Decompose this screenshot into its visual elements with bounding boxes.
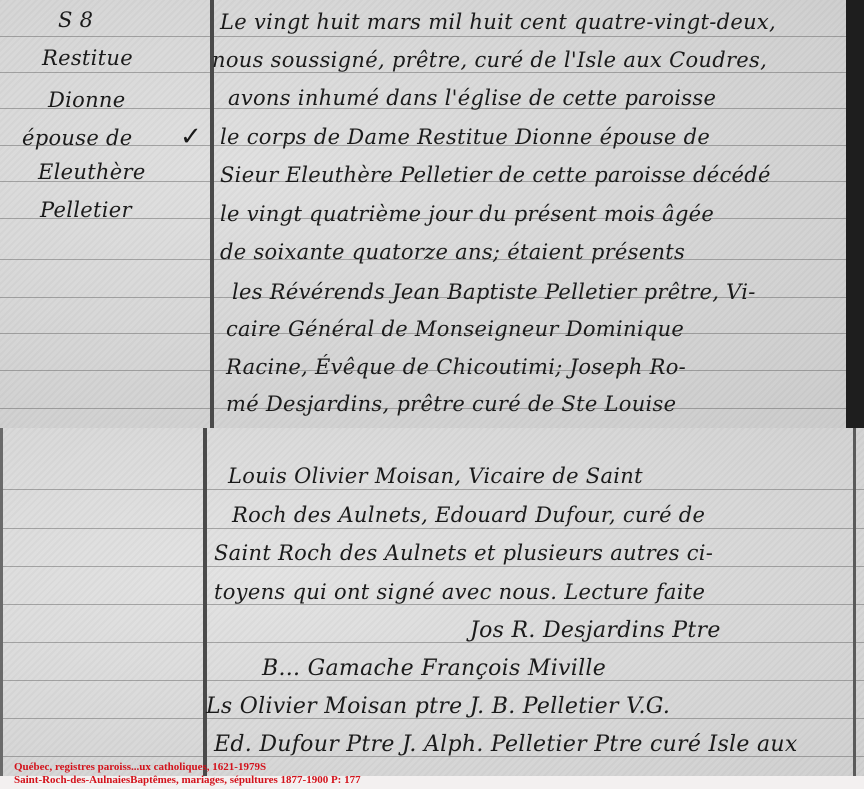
record-line: Sieur Eleuthère Pelletier de cette paroi… <box>220 163 771 187</box>
check-mark-icon: ✓ <box>180 122 202 152</box>
record-line: toyens qui ont signé avec nous. Lecture … <box>214 580 705 604</box>
record-line: Louis Olivier Moisan, Vicaire de Saint <box>228 464 643 488</box>
margin-name-line: épouse de <box>22 126 133 150</box>
record-line: Racine, Évêque de Chicoutimi; Joseph Ro- <box>226 355 686 379</box>
margin-column-rule <box>203 428 207 789</box>
ruled-line <box>0 36 864 37</box>
signature-dufour-pelletier: Ed. Dufour Ptre J. Alph. Pelletier Ptre … <box>214 732 798 757</box>
register-scan-top: S 8 Restitue Dionne épouse de ✓ Eleuthèr… <box>0 0 864 428</box>
caption-volume: Saint-Roch-des-AulnaiesBaptêmes, mariage… <box>14 774 361 787</box>
record-line: Roch des Aulnets, Edouard Dufour, curé d… <box>232 503 705 527</box>
ruled-line <box>0 566 864 567</box>
margin-name-line: Eleuthère <box>38 160 146 184</box>
record-line: mé Desjardins, prêtre curé de Ste Louise <box>226 392 676 416</box>
record-line: Saint Roch des Aulnets et plusieurs autr… <box>214 541 713 565</box>
ruled-line <box>0 528 864 529</box>
signature-moisan-pelletier: Ls Olivier Moisan ptre J. B. Pelletier V… <box>206 694 670 719</box>
signature-desjardins: Jos R. Desjardins Ptre <box>470 618 721 643</box>
margin-name-line: Pelletier <box>40 198 132 222</box>
record-line: de soixante quatorze ans; étaient présen… <box>220 240 685 264</box>
right-page-rule <box>853 428 856 789</box>
margin-name-line: Restitue <box>42 46 133 70</box>
register-scan-bottom: Louis Olivier Moisan, Vicaire de Saint R… <box>0 428 864 789</box>
record-line: caire Général de Monseigneur Dominique <box>226 317 684 341</box>
record-line: le corps de Dame Restitue Dionne épouse … <box>220 125 710 149</box>
caption-collection: Québec, registres paroiss...ux catholiqu… <box>14 761 361 774</box>
source-caption: Québec, registres paroiss...ux catholiqu… <box>14 761 361 787</box>
signature-gamache-miville: B... Gamache François Miville <box>262 656 606 681</box>
margin-name-line: Dionne <box>48 88 125 112</box>
record-line: Le vingt huit mars mil huit cent quatre-… <box>220 10 776 34</box>
record-line: avons inhumé dans l'église de cette paro… <box>228 86 716 110</box>
ruled-line <box>0 72 864 73</box>
entry-number: S 8 <box>58 8 93 32</box>
page-edge-shadow <box>846 0 864 428</box>
record-line: nous soussigné, prêtre, curé de l'Isle a… <box>212 48 767 72</box>
record-line: les Révérends Jean Baptiste Pelletier pr… <box>232 280 756 304</box>
left-page-rule <box>0 428 3 789</box>
ruled-line <box>0 642 864 643</box>
ruled-line <box>0 604 864 605</box>
ruled-line <box>0 489 864 490</box>
record-line: le vingt quatrième jour du présent mois … <box>220 202 714 226</box>
